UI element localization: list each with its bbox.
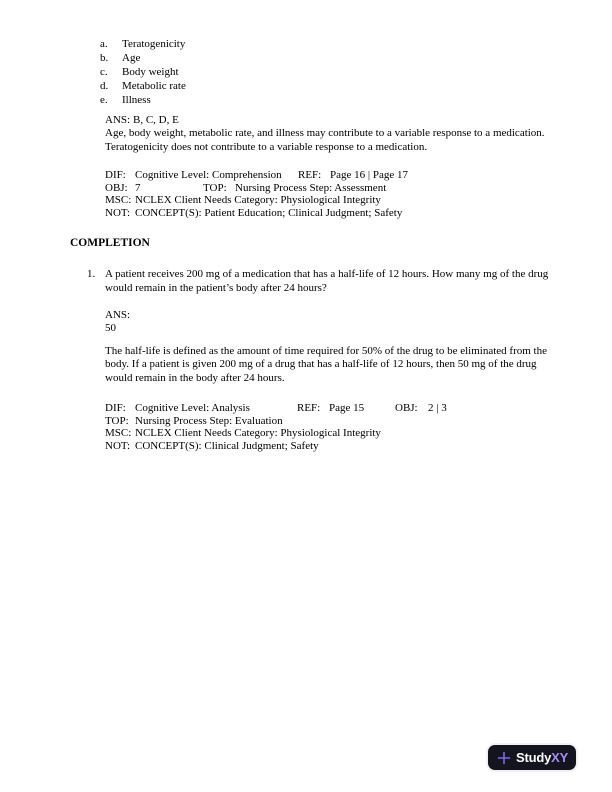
plus-icon — [497, 751, 511, 765]
question-text: A patient receives 200 mg of a medicatio… — [105, 267, 550, 295]
obj-label: OBJ: — [395, 402, 428, 415]
rationale-text: Age, body weight, metabolic rate, and il… — [0, 127, 550, 154]
msc-value: NCLEX Client Needs Category: Physiologic… — [135, 194, 381, 207]
option-text: Illness — [122, 94, 151, 106]
rationale-text: The half-life is defined as the amount o… — [0, 345, 550, 386]
option-text: Teratogenicity — [122, 38, 185, 50]
obj-label: OBJ: — [105, 182, 135, 195]
obj-value: 7 — [135, 182, 203, 195]
answer-label: ANS: — [105, 113, 133, 127]
meta-row-not: NOT:CONCEPT(S): Clinical Judgment; Safet… — [0, 440, 612, 453]
studyxy-badge: StudyXY — [488, 745, 576, 770]
section-heading: COMPLETION — [0, 237, 612, 250]
dif-value: Cognitive Level: Analysis — [135, 402, 297, 415]
metadata-block: DIF:Cognitive Level: ComprehensionREF:Pa… — [0, 169, 612, 219]
not-value: CONCEPT(S): Clinical Judgment; Safety — [135, 440, 319, 453]
option-text: Age — [122, 52, 140, 64]
document-page: a.Teratogenicity b.Age c.Body weight d.M… — [0, 0, 612, 792]
answer-value-line: 50 — [0, 322, 612, 336]
option-letter: d. — [100, 79, 122, 93]
meta-row-msc: MSC:NCLEX Client Needs Category: Physiol… — [0, 427, 612, 440]
meta-row-not: NOT:CONCEPT(S): Patient Education; Clini… — [0, 207, 612, 220]
answer-value: B, C, D, E — [133, 114, 179, 126]
dif-label: DIF: — [105, 169, 135, 182]
answer-label-line: ANS: — [0, 308, 612, 322]
top-label: TOP: — [203, 182, 235, 195]
not-label: NOT: — [105, 207, 135, 220]
option-a: a.Teratogenicity — [0, 37, 612, 51]
question-1: 1. A patient receives 200 mg of a medica… — [0, 267, 612, 295]
top-value: Nursing Process Step: Assessment — [235, 182, 386, 195]
not-value: CONCEPT(S): Patient Education; Clinical … — [135, 207, 402, 220]
msc-label: MSC: — [105, 427, 135, 440]
page-content: a.Teratogenicity b.Age c.Body weight d.M… — [0, 0, 612, 452]
meta-row-dif-ref: DIF:Cognitive Level: ComprehensionREF:Pa… — [0, 169, 612, 182]
option-d: d.Metabolic rate — [0, 79, 612, 93]
obj-value: 2 | 3 — [428, 402, 447, 415]
not-label: NOT: — [105, 440, 135, 453]
brand-name-primary: Study — [516, 750, 551, 765]
option-text: Metabolic rate — [122, 80, 186, 92]
question-number: 1. — [87, 267, 105, 281]
dif-value: Cognitive Level: Comprehension — [135, 169, 298, 182]
answer-label: ANS: — [105, 308, 133, 322]
meta-row-msc: MSC:NCLEX Client Needs Category: Physiol… — [0, 194, 612, 207]
option-e: e.Illness — [0, 93, 612, 107]
answer-line: ANS:B, C, D, E — [0, 113, 612, 127]
top-label: TOP: — [105, 415, 135, 428]
ref-value: Page 15 — [329, 402, 395, 415]
brand-name-accent: XY — [551, 750, 568, 765]
dif-label: DIF: — [105, 402, 135, 415]
msc-value: NCLEX Client Needs Category: Physiologic… — [135, 427, 381, 440]
brand-name: StudyXY — [516, 745, 568, 770]
option-letter: e. — [100, 93, 122, 107]
msc-label: MSC: — [105, 194, 135, 207]
option-text: Body weight — [122, 66, 179, 78]
option-b: b.Age — [0, 51, 612, 65]
metadata-block: DIF:Cognitive Level: AnalysisREF:Page 15… — [0, 402, 612, 452]
option-letter: b. — [100, 51, 122, 65]
option-list: a.Teratogenicity b.Age c.Body weight d.M… — [0, 37, 612, 107]
meta-row-top: TOP:Nursing Process Step: Evaluation — [0, 415, 612, 428]
option-c: c.Body weight — [0, 65, 612, 79]
option-letter: a. — [100, 37, 122, 51]
meta-row-dif-ref-obj: DIF:Cognitive Level: AnalysisREF:Page 15… — [0, 402, 612, 415]
top-value: Nursing Process Step: Evaluation — [135, 415, 283, 428]
ref-value: Page 16 | Page 17 — [330, 169, 408, 182]
option-letter: c. — [100, 65, 122, 79]
ref-label: REF: — [298, 169, 330, 182]
ref-label: REF: — [297, 402, 329, 415]
meta-row-obj-top: OBJ:7TOP:Nursing Process Step: Assessmen… — [0, 182, 612, 195]
